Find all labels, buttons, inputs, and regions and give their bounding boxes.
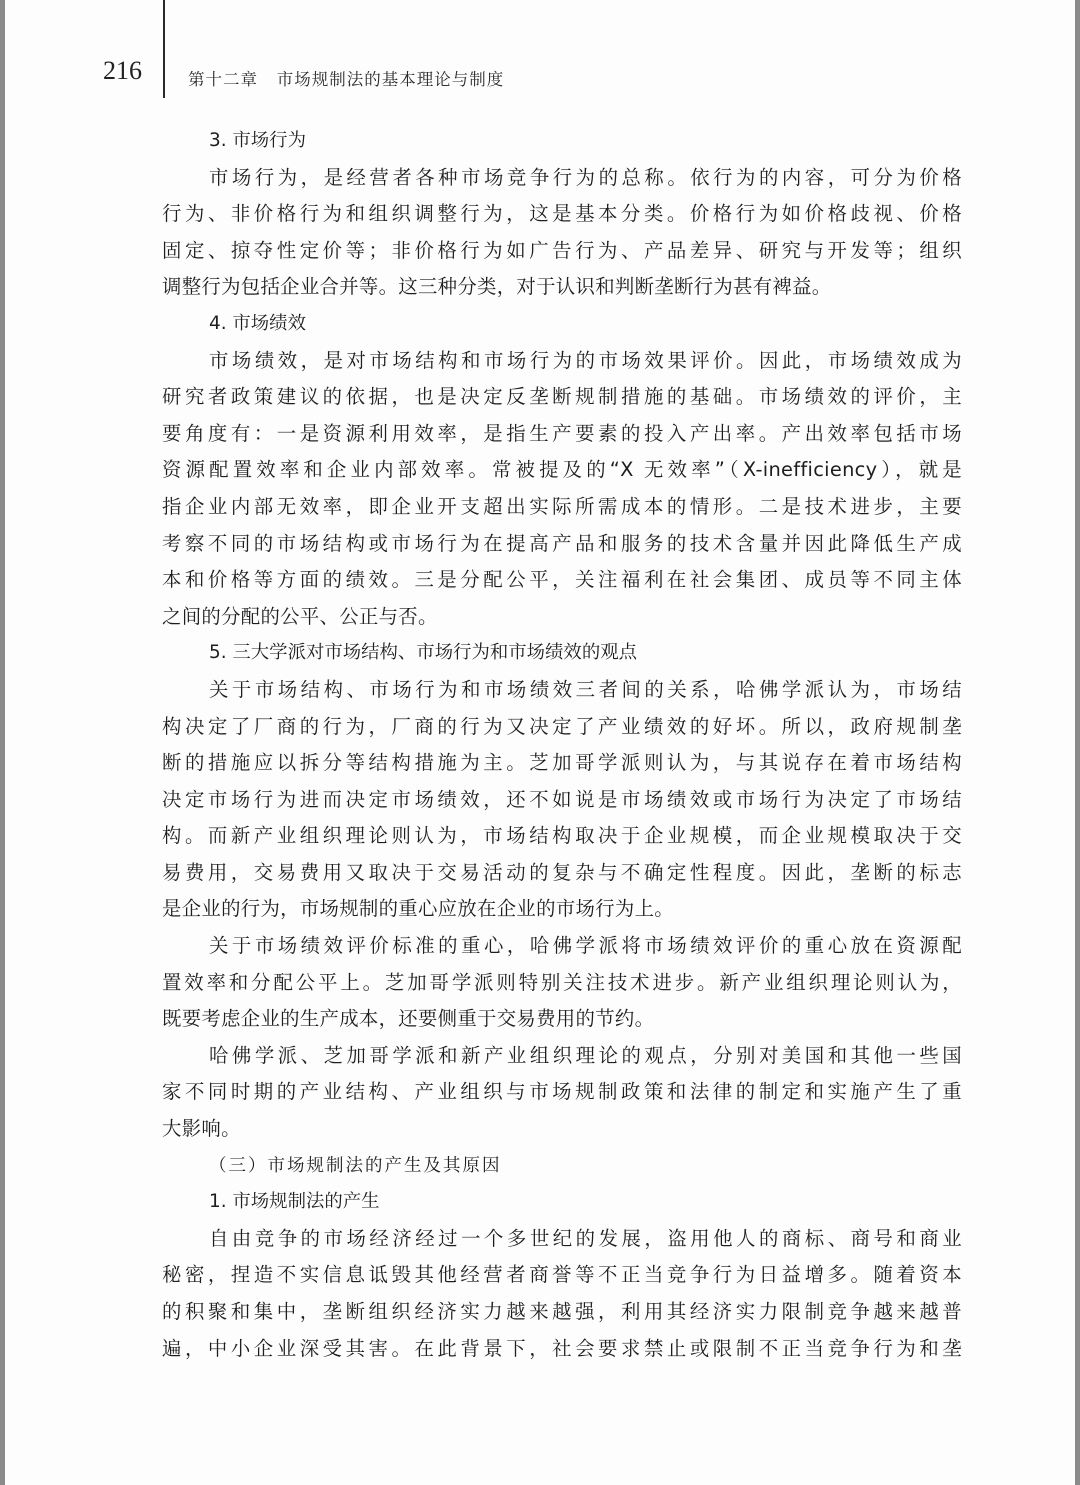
paragraph-line: 秘密，捏造不实信息诋毁其他经营者商誉等不正当竞争行为日益增多。随着资本 [162, 1257, 962, 1294]
paragraph-line: 之间的分配的公平、公正与否。 [162, 599, 962, 636]
paragraph-line: 遍，中小企业深受其害。在此背景下，社会要求禁止或限制不正当竞争行为和垄 [162, 1331, 962, 1368]
paragraph-line: 固定、掠夺性定价等；非价格行为如广告行为、产品差异、研究与开发等；组织 [162, 233, 962, 270]
paragraph-line: 构。而新产业组织理论则认为，市场结构取决于企业规模，而企业规模取决于交 [162, 818, 962, 855]
document-page: 216 第十二章 市场规制法的基本理论与制度 3. 市场行为市场行为，是经营者各… [5, 0, 1075, 1485]
paragraph-line: 指企业内部无效率，即企业开支超出实际所需成本的情形。二是技术进步，主要 [162, 489, 962, 526]
subsection-heading: 1. 市场规制法的产生 [162, 1184, 962, 1221]
paragraph-line: 调整行为包括企业合并等。这三种分类，对于认识和判断垄断行为甚有裨益。 [162, 269, 962, 306]
paragraph-line: 市场绩效，是对市场结构和市场行为的市场效果评价。因此，市场绩效成为 [162, 343, 962, 380]
paragraph-line: 断的措施应以拆分等结构措施为主。芝加哥学派则认为，与其说存在着市场结构 [162, 745, 962, 782]
paragraph-line: 自由竞争的市场经济经过一个多世纪的发展，盗用他人的商标、商号和商业 [162, 1221, 962, 1258]
paragraph-line: 本和价格等方面的绩效。三是分配公平，关注福利在社会集团、成员等不同主体 [162, 562, 962, 599]
paragraph-line: 置效率和分配公平上。芝加哥学派则特别关注技术进步。新产业组织理论则认为， [162, 965, 962, 1002]
paragraph-line: 既要考虑企业的生产成本，还要侧重于交易费用的节约。 [162, 1001, 962, 1038]
paragraph-line: 大影响。 [162, 1111, 962, 1148]
paragraph-line: 构决定了厂商的行为，厂商的行为又决定了产业绩效的好坏。所以，政府规制垄 [162, 709, 962, 746]
paragraph-line: 决定市场行为进而决定市场绩效，还不如说是市场绩效或市场行为决定了市场结 [162, 782, 962, 819]
subsection-heading: 4. 市场绩效 [162, 306, 962, 343]
running-head: 第十二章 市场规制法的基本理论与制度 [188, 66, 504, 90]
body-text: 3. 市场行为市场行为，是经营者各种市场竞争行为的总称。依行为的内容，可分为价格… [162, 123, 962, 1367]
header-divider [163, 0, 165, 98]
paragraph-line: 市场行为，是经营者各种市场竞争行为的总称。依行为的内容，可分为价格 [162, 160, 962, 197]
paragraph-line: 哈佛学派、芝加哥学派和新产业组织理论的观点，分别对美国和其他一些国 [162, 1038, 962, 1075]
paragraph-line: 的积聚和集中，垄断组织经济实力越来越强，利用其经济实力限制竞争越来越普 [162, 1294, 962, 1331]
paragraph-line: 家不同时期的产业结构、产业组织与市场规制政策和法律的制定和实施产生了重 [162, 1074, 962, 1111]
paragraph-line: 研究者政策建议的依据，也是决定反垄断规制措施的基础。市场绩效的评价，主 [162, 379, 962, 416]
page-number: 216 [103, 56, 142, 86]
paragraph-line: 资源配置效率和企业内部效率。常被提及的“X 无效率”（X-inefficienc… [162, 452, 962, 489]
paragraph-line: 关于市场结构、市场行为和市场绩效三者间的关系，哈佛学派认为，市场结 [162, 672, 962, 709]
paragraph-line: 考察不同的市场结构或市场行为在提高产品和服务的技术含量并因此降低生产成 [162, 526, 962, 563]
paragraph-line: 行为、非价格行为和组织调整行为，这是基本分类。价格行为如价格歧视、价格 [162, 196, 962, 233]
paragraph-line: 关于市场绩效评价标准的重心，哈佛学派将市场绩效评价的重心放在资源配 [162, 928, 962, 965]
paragraph-line: 要角度有：一是资源利用效率，是指生产要素的投入产出率。产出效率包括市场 [162, 416, 962, 453]
subsection-heading: 5. 三大学派对市场结构、市场行为和市场绩效的观点 [162, 635, 962, 672]
paragraph-line: 是企业的行为，市场规制的重心应放在企业的市场行为上。 [162, 891, 962, 928]
section-heading: （三）市场规制法的产生及其原因 [162, 1148, 962, 1185]
paragraph-line: 易费用，交易费用又取决于交易活动的复杂与不确定性程度。因此，垄断的标志 [162, 855, 962, 892]
subsection-heading: 3. 市场行为 [162, 123, 962, 160]
